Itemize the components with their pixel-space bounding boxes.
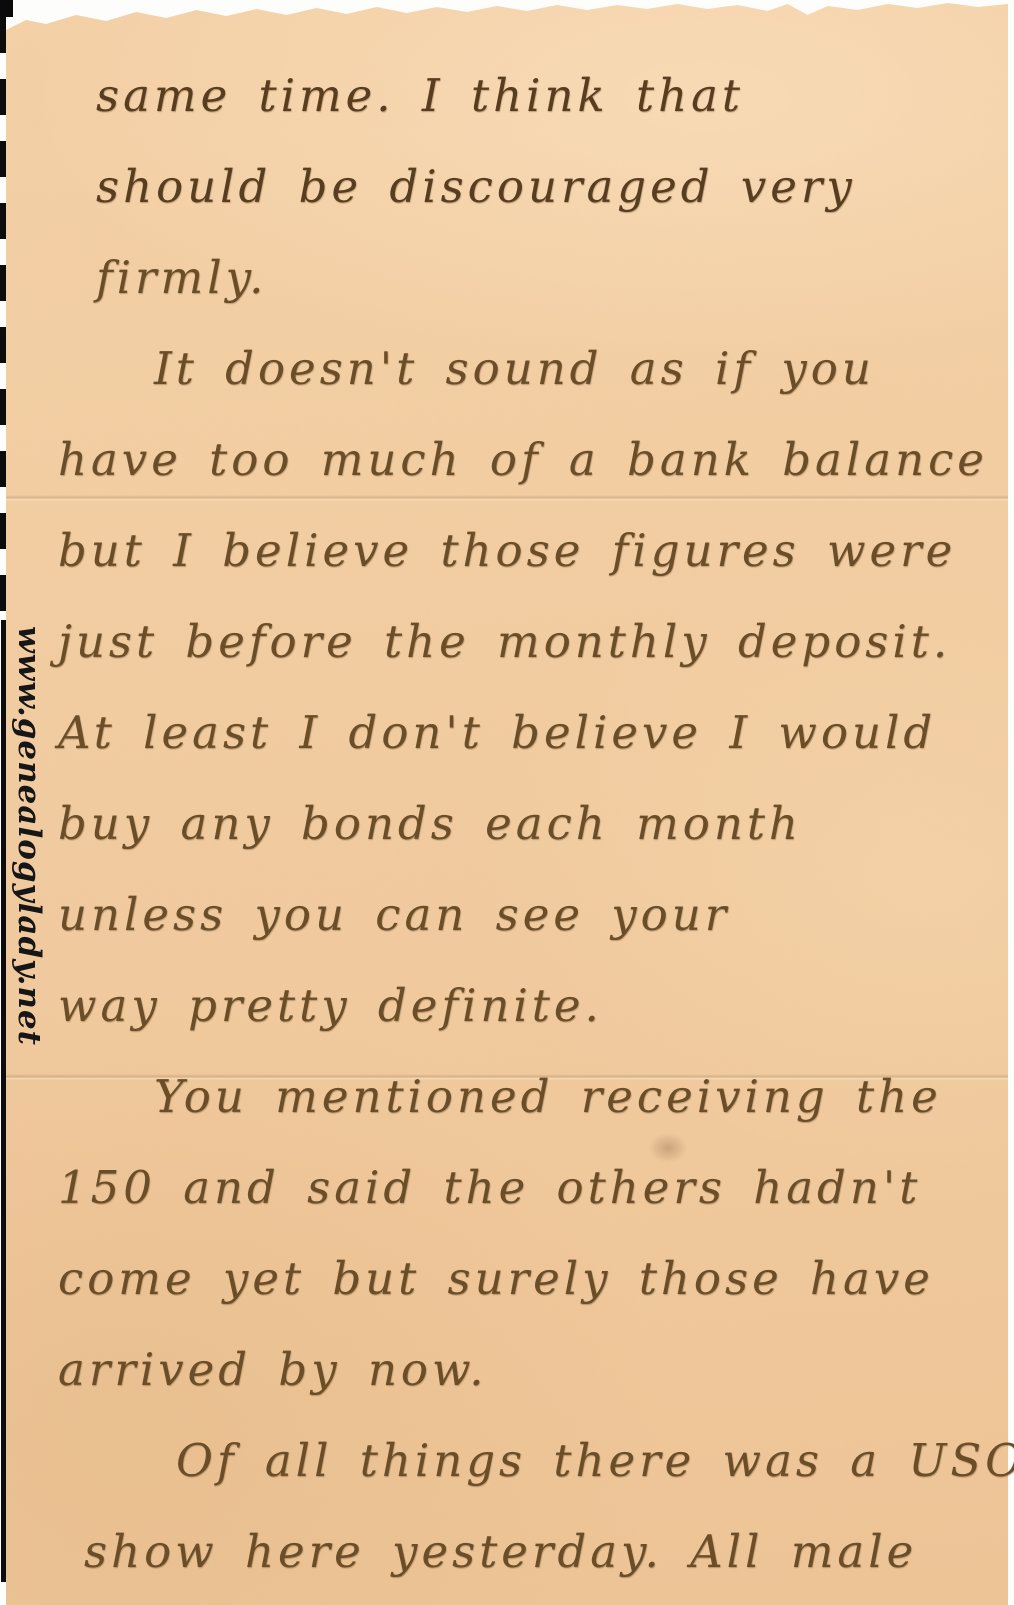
letter-line: arrived by now. <box>58 1324 973 1415</box>
letter-line: come yet but surely those have <box>58 1233 973 1324</box>
letter-line: Of all things there was a USO <box>58 1415 973 1506</box>
scanner-edge-strip-upper <box>0 17 6 620</box>
letter-line: have too much of a bank balance <box>58 414 973 505</box>
letter-line: firmly. <box>58 232 973 323</box>
watermark-text: www.genealogylady.net <box>11 626 47 1046</box>
letter-line: should be discouraged very <box>58 141 973 232</box>
letter-line: buy any bonds each month <box>58 778 973 869</box>
letter-line: same time. I think that <box>58 50 973 141</box>
letter-body: same time. I think thatshould be discour… <box>58 50 973 1597</box>
letter-line: show here yesterday. All male <box>58 1506 973 1597</box>
scanned-letter-page: same time. I think thatshould be discour… <box>0 0 1014 1605</box>
letter-line: It doesn't sound as if you <box>58 323 973 414</box>
letter-line: At least I don't believe I would <box>58 687 973 778</box>
letter-line: 150 and said the others hadn't <box>58 1142 973 1233</box>
scanner-edge-strip-lower <box>1 620 6 1582</box>
scanner-corner-mark <box>0 0 13 17</box>
letter-line: but I believe those figures were <box>58 505 973 596</box>
letter-line: just before the monthly deposit. <box>58 596 973 687</box>
letter-line: unless you can see your <box>58 869 973 960</box>
letter-line: You mentioned receiving the <box>58 1051 973 1142</box>
letter-line: way pretty definite. <box>58 960 973 1051</box>
